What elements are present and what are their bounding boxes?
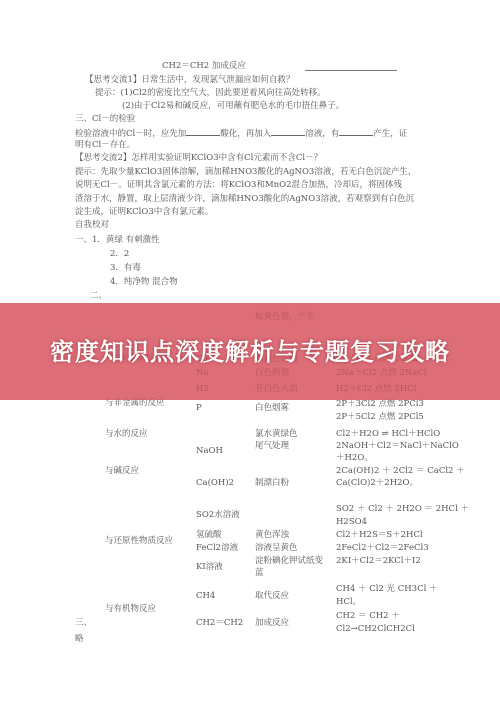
banner-title: 密度知识点深度解析与专题复习攻略 xyxy=(50,335,450,369)
table-cell: 蓝 xyxy=(255,568,264,579)
text-line: CH2＝CH2 加成反应 xyxy=(162,61,246,72)
table-cell: Cl2→CH2ClCH2Cl xyxy=(336,624,415,635)
text-line: 淀生成，证明KClO3中含有氯元素。 xyxy=(75,207,213,218)
text-fragment: 产生，证 xyxy=(373,129,407,139)
table-cell: 氢硫酸 xyxy=(196,530,222,541)
table-cell: CH2 ＝ CH2 ＋ xyxy=(336,611,400,622)
table-cell: 尾气处理 xyxy=(255,441,289,452)
table-cell: 与还原性物质反应 xyxy=(105,536,173,547)
text-fragment: 酸化，再加入 xyxy=(220,129,271,139)
table-cell: NaOH xyxy=(196,446,223,457)
text-line: 渣溶于水，静置，取上层清液少许，滴加稀HNO3酸化的AgNO3溶液，若观察到有白… xyxy=(75,194,414,205)
table-cell: 淀粉碘化钾试纸变 xyxy=(255,556,323,567)
table-cell: Ca(OH)2 xyxy=(196,478,234,489)
table-cell: CH2＝CH2 xyxy=(196,618,243,629)
text-line: 说明无Cl－。证明其含氯元素的方法：将KClO3和MnO2混合加热，冷却后，将固… xyxy=(75,180,402,191)
text-line: 明有Cl－存在。 xyxy=(75,140,135,151)
text-line: 【思考交流1】日常生活中，发现氯气泄漏应如何自救？ xyxy=(85,75,294,86)
table-cell: 溶液呈黄色 xyxy=(255,543,298,554)
table-cell: HCl。 xyxy=(336,597,361,608)
text-line: 提示：(1)Cl2的密度比空气大，因此要逆着风向往高处转移。 xyxy=(95,88,326,99)
table-cell: 2FeCl2＋Cl2＝2FeCl3 xyxy=(336,543,429,554)
blank xyxy=(339,127,373,136)
table-cell: 2P＋3Cl2 点燃 2PCl3 xyxy=(336,399,424,410)
table-cell: Cl2＋H2S＝S＋2HCl xyxy=(336,530,423,541)
table-cell: 与水的反应 xyxy=(105,429,148,440)
table-cell: ＋H2O。 xyxy=(336,453,373,464)
table-cell: 2NaOH＋Cl2＝NaCl＋NaClO xyxy=(336,441,459,452)
answer-line: 二、 xyxy=(90,291,107,302)
blank xyxy=(186,127,220,136)
table-cell: H2SO4 xyxy=(336,517,367,528)
table-cell: 制漂白粉 xyxy=(255,478,289,489)
answer-line: 4．纯净物 混合物 xyxy=(110,277,178,288)
table-cell: 与有机物反应 xyxy=(105,604,156,615)
title-banner: 密度知识点深度解析与专题复习攻略 xyxy=(0,303,500,400)
answer-line: 3．有毒 xyxy=(110,263,141,274)
table-cell: Cl2＋H2O ⇌ HCl＋HClO xyxy=(336,429,440,440)
document-page: CH2＝CH2 加成反应 【思考交流1】日常生活中，发现氯气泄漏应如何自救？ 提… xyxy=(0,0,500,707)
answer-underline xyxy=(305,70,397,71)
answer-line: 一、1．黄绿 有刺激性 xyxy=(75,235,160,246)
fill-blank-line: 检验溶液中的Cl－时，应先加酸化，再加入溶液，有产生，证 xyxy=(75,127,407,140)
table-cell: FeCl2溶液 xyxy=(196,543,238,554)
text-line: (2)由于Cl2易和碱反应，可用蘸有肥皂水的毛巾捂住鼻子。 xyxy=(122,101,344,112)
table-cell: 黄色浑浊 xyxy=(255,530,289,541)
section-heading: 三、Cl－的检验 xyxy=(75,114,135,125)
table-cell: 加成反应 xyxy=(255,618,289,629)
section-heading: 自我校对 xyxy=(75,220,109,231)
table-cell: SO2 ＋ Cl2 ＋ 2H2O ＝ 2HCl ＋ xyxy=(336,504,469,515)
section-label: 三、 xyxy=(75,618,92,629)
table-cell: CH4 ＋ Cl2 光 CH3Cl ＋ xyxy=(336,584,438,595)
text-fragment: 溶液，有 xyxy=(305,129,339,139)
table-cell: 白色烟雾 xyxy=(255,403,289,414)
table-cell: CH4 xyxy=(196,591,215,602)
table-cell: P xyxy=(196,403,202,414)
table-cell: 取代反应 xyxy=(255,591,289,602)
table-cell: 氯水黄绿色 xyxy=(255,429,298,440)
table-cell: SO2水溶液 xyxy=(196,510,240,521)
table-cell: 2KI＋Cl2＝2KCl＋I2 xyxy=(336,556,421,567)
table-cell: 2Ca(OH)2 ＋ 2Cl2 ＝ CaCl2 ＋ xyxy=(336,466,465,477)
section-label: 略 xyxy=(75,634,84,645)
blank xyxy=(271,127,305,136)
table-cell: KI溶液 xyxy=(196,562,223,573)
table-cell: 与碱反应 xyxy=(105,466,139,477)
text-line: 【思考交流2】怎样用实验证明KClO3中含有Cl元素而不含Cl－？ xyxy=(75,153,322,164)
table-cell: 2P＋5Cl2 点燃 2PCl5 xyxy=(336,412,424,423)
table-cell: Ca(ClO)2＋2H2O。 xyxy=(336,478,418,489)
text-line: 提示：先取少量KClO3固体溶解，滴加稀HNO3酸化的AgNO3溶液，若无白色沉… xyxy=(75,167,416,178)
text-fragment: 检验溶液中的Cl－时，应先加 xyxy=(75,129,186,139)
answer-line: 2．2 xyxy=(110,249,129,260)
